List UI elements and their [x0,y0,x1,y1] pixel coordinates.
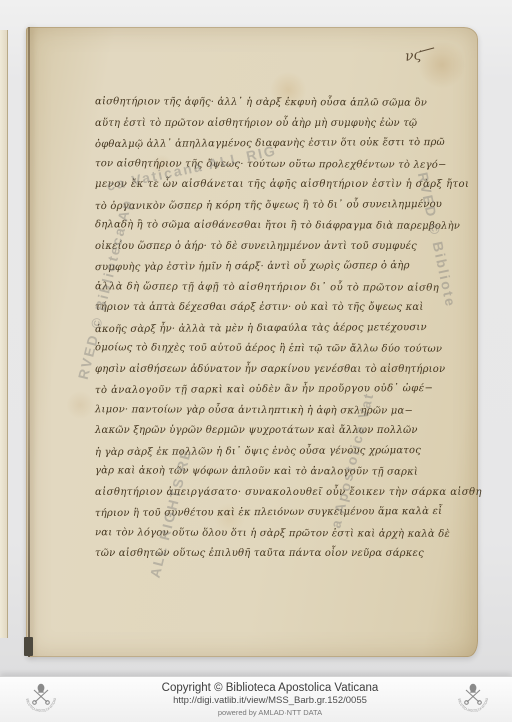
footer-bar: BIBLIOTECA APOSTOLICA VATICANA Copyright… [0,676,512,722]
manuscript-line: συμφυὴς γὰρ ἐστὶν ἡμῖν ἡ σάρξ· ἀντὶ οὗ χ… [95,256,447,279]
vatican-seal-icon: BIBLIOTECA APOSTOLICA VATICANA [453,680,493,720]
svg-text:BIBLIOTECA APOSTOLICA VATICANA: BIBLIOTECA APOSTOLICA VATICANA [25,697,57,713]
manuscript-line: αἰσθητήριον ἀπειργάσατο· συνακολουθεῖ οὖ… [95,483,447,504]
manuscript-line: τὸ ἀναλογοῦν τῇ σαρκὶ καὶ οὐδὲν ἂν ἦν πρ… [95,379,447,402]
manuscript-line: τὸ ὀργανικὸν ὥσπερ ἡ κόρη τῆς ὄψεως ἢ τὸ… [95,194,447,217]
seal-text: BIBLIOTECA APOSTOLICA VATICANA [25,697,57,713]
manuscript-line: τον αἰσθητήριον τῆς ὄψεως· τούτων οὕτω π… [95,154,447,176]
powered-by-line: powered by AMLAD·NTT DATA [120,707,420,718]
manuscript-line: γὰρ καὶ ἀκοὴ τῶν ψόφων ἁπλοῦν καὶ τὸ ἀνα… [95,461,447,483]
manuscript-line: ἡ γὰρ σὰρξ ἐκ πολλῶν ἡ δι᾽ ὄψις ἑνὸς οὖσ… [95,440,447,463]
manuscript-line: αἰσθητήριον τῆς ἁφῆς· ἀλλ᾽ ἡ σὰρξ ἐκφυὴ … [95,92,447,114]
manuscript-line: ὀφθαλμῷ ἀλλ᾽ ἀπηλλαγμένος διαφανὴς ἐστιν… [95,133,447,156]
vatican-seal-icon: BIBLIOTECA APOSTOLICA VATICANA [21,680,61,720]
seal-text: BIBLIOTECA APOSTOLICA VATICANA [457,697,489,713]
manuscript-page: νϛ αἰσθητήριον τῆς ἁφῆς· ἀλλ᾽ ἡ σὰρξ ἐκφ… [26,27,478,657]
manuscript-line: φησὶν αἰσθήσεων ἀδύνατον ἦν σαρκίνου γεν… [95,360,447,381]
binding-fold [28,27,30,657]
svg-text:BIBLIOTECA APOSTOLICA VATICANA: BIBLIOTECA APOSTOLICA VATICANA [457,697,489,713]
manuscript-line: μενον ἔκ τε ὧν αἰσθάνεται τῆς ἁφῆς αἰσθη… [95,175,447,196]
copyright-line: Copyright © Biblioteca Apostolica Vatica… [120,681,420,695]
manuscript-line: λιμον· παντοίων γὰρ οὖσα ἀντιληπτικὴ ἡ ἁ… [95,400,447,422]
manuscript-line: οἰκείου ὥσπερ ὁ ἀήρ· τὸ δὲ συνειλημμένον… [95,237,447,258]
manuscript-line: τήριον ἢ τοῦ συνθέτου καὶ ἐκ πλειόνων συ… [95,502,447,525]
viewer-url: http://digi.vatlib.it/view/MSS_Barb.gr.1… [120,695,420,707]
manuscript-line: ἀλλὰ δὴ ὥσπερ τῇ ἁφῇ τὸ αἰσθητήριον δι᾽ … [95,277,447,299]
manuscript-line: αὕτη ἐστὶ τὸ πρῶτον αἰσθητήριον οὗ ἀὴρ μ… [95,114,447,135]
underlying-page-edge [0,30,8,638]
manuscript-line: λακῶν ξηρῶν ὑγρῶν θερμῶν ψυχροτάτων καὶ … [95,421,447,442]
manuscript-line: δηλαδὴ ἢ τὸ σῶμα αἰσθάνεσθαι ἤτοι ἢ τὸ δ… [95,215,447,237]
manuscript-line: ἀκοῆς σὰρξ ἦν· ἀλλὰ τὰ μὲν ἡ διαφαύλα τὰ… [95,317,447,340]
manuscript-line: ὁμοίως τὸ διηχὲς τοῦ αὐτοῦ ἀέρος ἢ ἐπὶ τ… [95,338,447,360]
manuscript-text: αἰσθητήριον τῆς ἁφῆς· ἀλλ᾽ ἡ σὰρξ ἐκφυὴ … [95,93,447,565]
manuscript-line: τήριον τὰ ἁπτὰ δέχεσθαι σάρξ ἐστιν· οὐ κ… [95,298,447,319]
footer-credits: Copyright © Biblioteca Apostolica Vatica… [120,681,420,718]
folio-number: νϛ [404,45,437,65]
manuscript-line: τῶν αἰσθητῶν οὕτως ἐπιλυθῆ ταῦτα πάντα ο… [95,544,447,565]
binding-tab [24,637,33,656]
manuscript-line: ναι τὸν λόγον οὕτω ὅλου ὅτι ἡ σὰρξ πρῶτο… [95,523,447,545]
